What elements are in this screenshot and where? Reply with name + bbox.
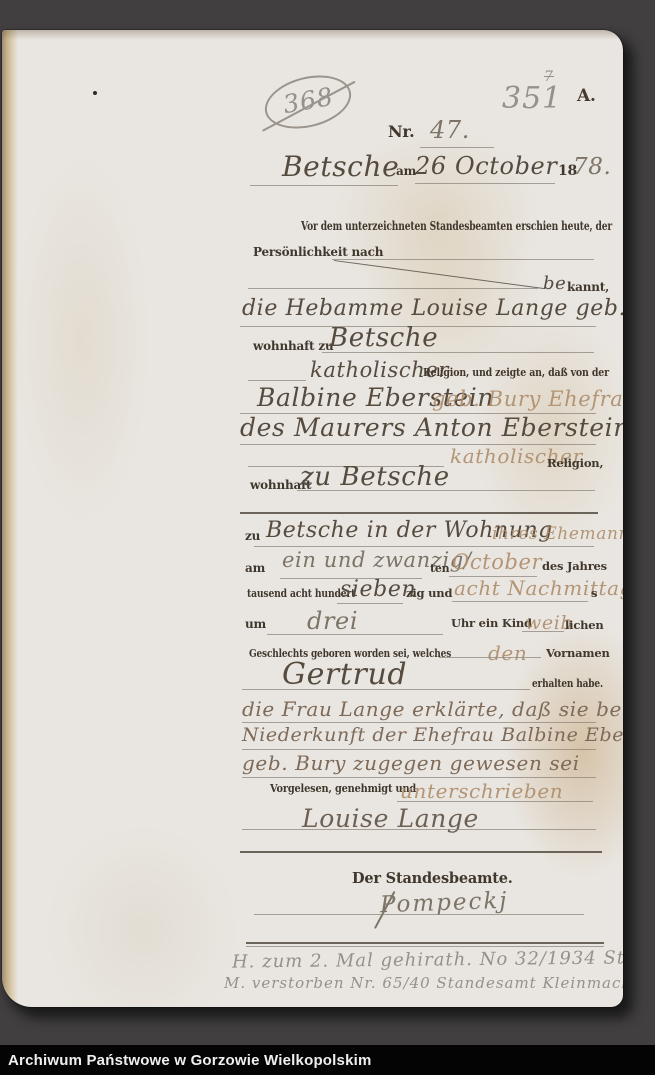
father-name: des Maurers Anton Eberstein	[240, 415, 623, 440]
ruled-line	[248, 380, 306, 381]
des-jahres-label: des Jahres	[542, 561, 607, 573]
ruled-line	[420, 147, 494, 148]
archive-caption-bar: Archiwum Państwowe w Gorzowie Wielkopols…	[0, 1045, 655, 1075]
parents-residence: zu Betsche	[300, 464, 450, 490]
am-birth-label: am	[245, 562, 265, 574]
den-handwritten: den	[488, 643, 527, 663]
ruled-line	[242, 722, 596, 723]
registrar-label: Der Standesbeamte.	[352, 872, 513, 887]
child-first-name: Gertrud	[282, 660, 407, 690]
declaration-note-line2: Niederkunft der Ehefrau Balbine Eberstei…	[242, 726, 623, 745]
uhr-ein-kind-label: Uhr ein Kind	[451, 618, 532, 630]
vorgelesen-label: Vorgelesen, genehmigt und	[270, 783, 416, 795]
archive-scan-viewer: 368 351 7 A. Nr. 47. Betsche am 26 Octob…	[0, 0, 655, 1075]
birth-hour: drei	[307, 609, 358, 633]
ruled-line	[397, 801, 593, 802]
record-number-label: Nr.	[388, 124, 415, 140]
ten-label: ten	[430, 563, 449, 574]
page-top-shadow	[2, 30, 623, 40]
zu-label: zu	[245, 530, 260, 542]
declarant-residence: Betsche	[329, 325, 438, 351]
ruled-line	[254, 546, 594, 547]
s-suffix-label: s	[591, 588, 597, 600]
religion1-label: Religion, und zeigte an, daß von der	[423, 367, 609, 379]
declaration-note-line1: die Frau Lange erklärte, daß sie bei der	[242, 699, 623, 719]
ruled-line	[337, 603, 403, 604]
intro-line: Vor dem unterzeichneten Standesbeamten e…	[301, 220, 612, 232]
wohnhaft-zu-label: wohnhaft zu	[253, 340, 334, 352]
year-handwritten: 78.	[573, 156, 611, 179]
paper-stain	[42, 820, 242, 1007]
ruled-line	[242, 689, 530, 690]
am-label: am	[396, 165, 416, 177]
ruled-line	[250, 185, 398, 186]
birth-place-suffix: ihres Ehemannes	[492, 526, 623, 543]
zig-und-label: zig und	[406, 588, 452, 600]
ink-dot	[93, 91, 97, 95]
blank-cancel-stroke	[334, 260, 544, 289]
religion2-label: Religion,	[547, 458, 603, 470]
ruled-line	[242, 777, 596, 778]
bottom-divider-line	[246, 942, 604, 944]
record-number-value: 47.	[430, 118, 470, 142]
ruled-line	[267, 634, 443, 635]
place-name-header: Betsche	[282, 153, 399, 181]
ruled-line	[297, 490, 595, 491]
erhalten-habe-label: erhalten habe.	[532, 678, 603, 690]
unterschrieben-handwritten: unterschrieben	[400, 781, 563, 801]
record-date: 26 October	[415, 154, 557, 178]
corner-page-number: 351	[502, 84, 562, 114]
declarant-line: die Hebamme Louise Lange geb. Klix	[242, 298, 623, 320]
declarant-signature: Louise Lange	[302, 806, 479, 831]
declaration-note-line3: geb. Bury zugegen gewesen sei	[242, 753, 580, 773]
ruled-line	[254, 914, 584, 915]
letter-a-label: A.	[577, 88, 596, 105]
paper-stain	[12, 150, 152, 530]
bottom-divider-line	[246, 946, 604, 947]
mother-maiden-name: geb. Bury Ehefrau	[432, 389, 623, 410]
ruled-line	[322, 352, 594, 353]
vornamen-label: Vornamen	[546, 648, 610, 660]
document-page: 368 351 7 A. Nr. 47. Betsche am 26 Octob…	[2, 30, 623, 1007]
section-divider-line	[240, 851, 602, 853]
pencil-annotation-line1: H. zum 2. Mal gehirath. No 32/1934 Stand…	[232, 948, 623, 971]
bekannt-label: kannt,	[567, 281, 609, 293]
book-binding-edge	[2, 30, 18, 1007]
year-ones-time-handwritten: acht Nachmittag	[454, 578, 623, 598]
ruled-line	[439, 657, 541, 658]
corner-superscript: 7	[544, 70, 554, 84]
ruled-line	[415, 183, 555, 184]
tausend-label: tausend acht hundert	[247, 588, 355, 600]
ruled-line	[522, 631, 564, 632]
lichen-label: lichen	[565, 620, 604, 632]
archive-caption-text: Archiwum Państwowe w Gorzowie Wielkopols…	[0, 1052, 372, 1069]
ruled-line	[248, 288, 538, 289]
ruled-line	[332, 259, 594, 260]
persoenlichkeit-label: Persönlichkeit nach	[253, 246, 383, 258]
birth-month: October	[452, 552, 542, 573]
ruled-line	[452, 601, 588, 602]
bekannt-prefix-handwritten: be	[543, 275, 566, 293]
ruled-line	[242, 829, 596, 830]
pencil-annotation-line2: M. verstorben Nr. 65/40 Standesamt Klein…	[224, 976, 623, 991]
um-label: um	[245, 618, 266, 630]
ruled-line	[242, 749, 596, 750]
year-tens-handwritten: sieben	[340, 579, 416, 601]
section-divider-line	[240, 512, 598, 514]
